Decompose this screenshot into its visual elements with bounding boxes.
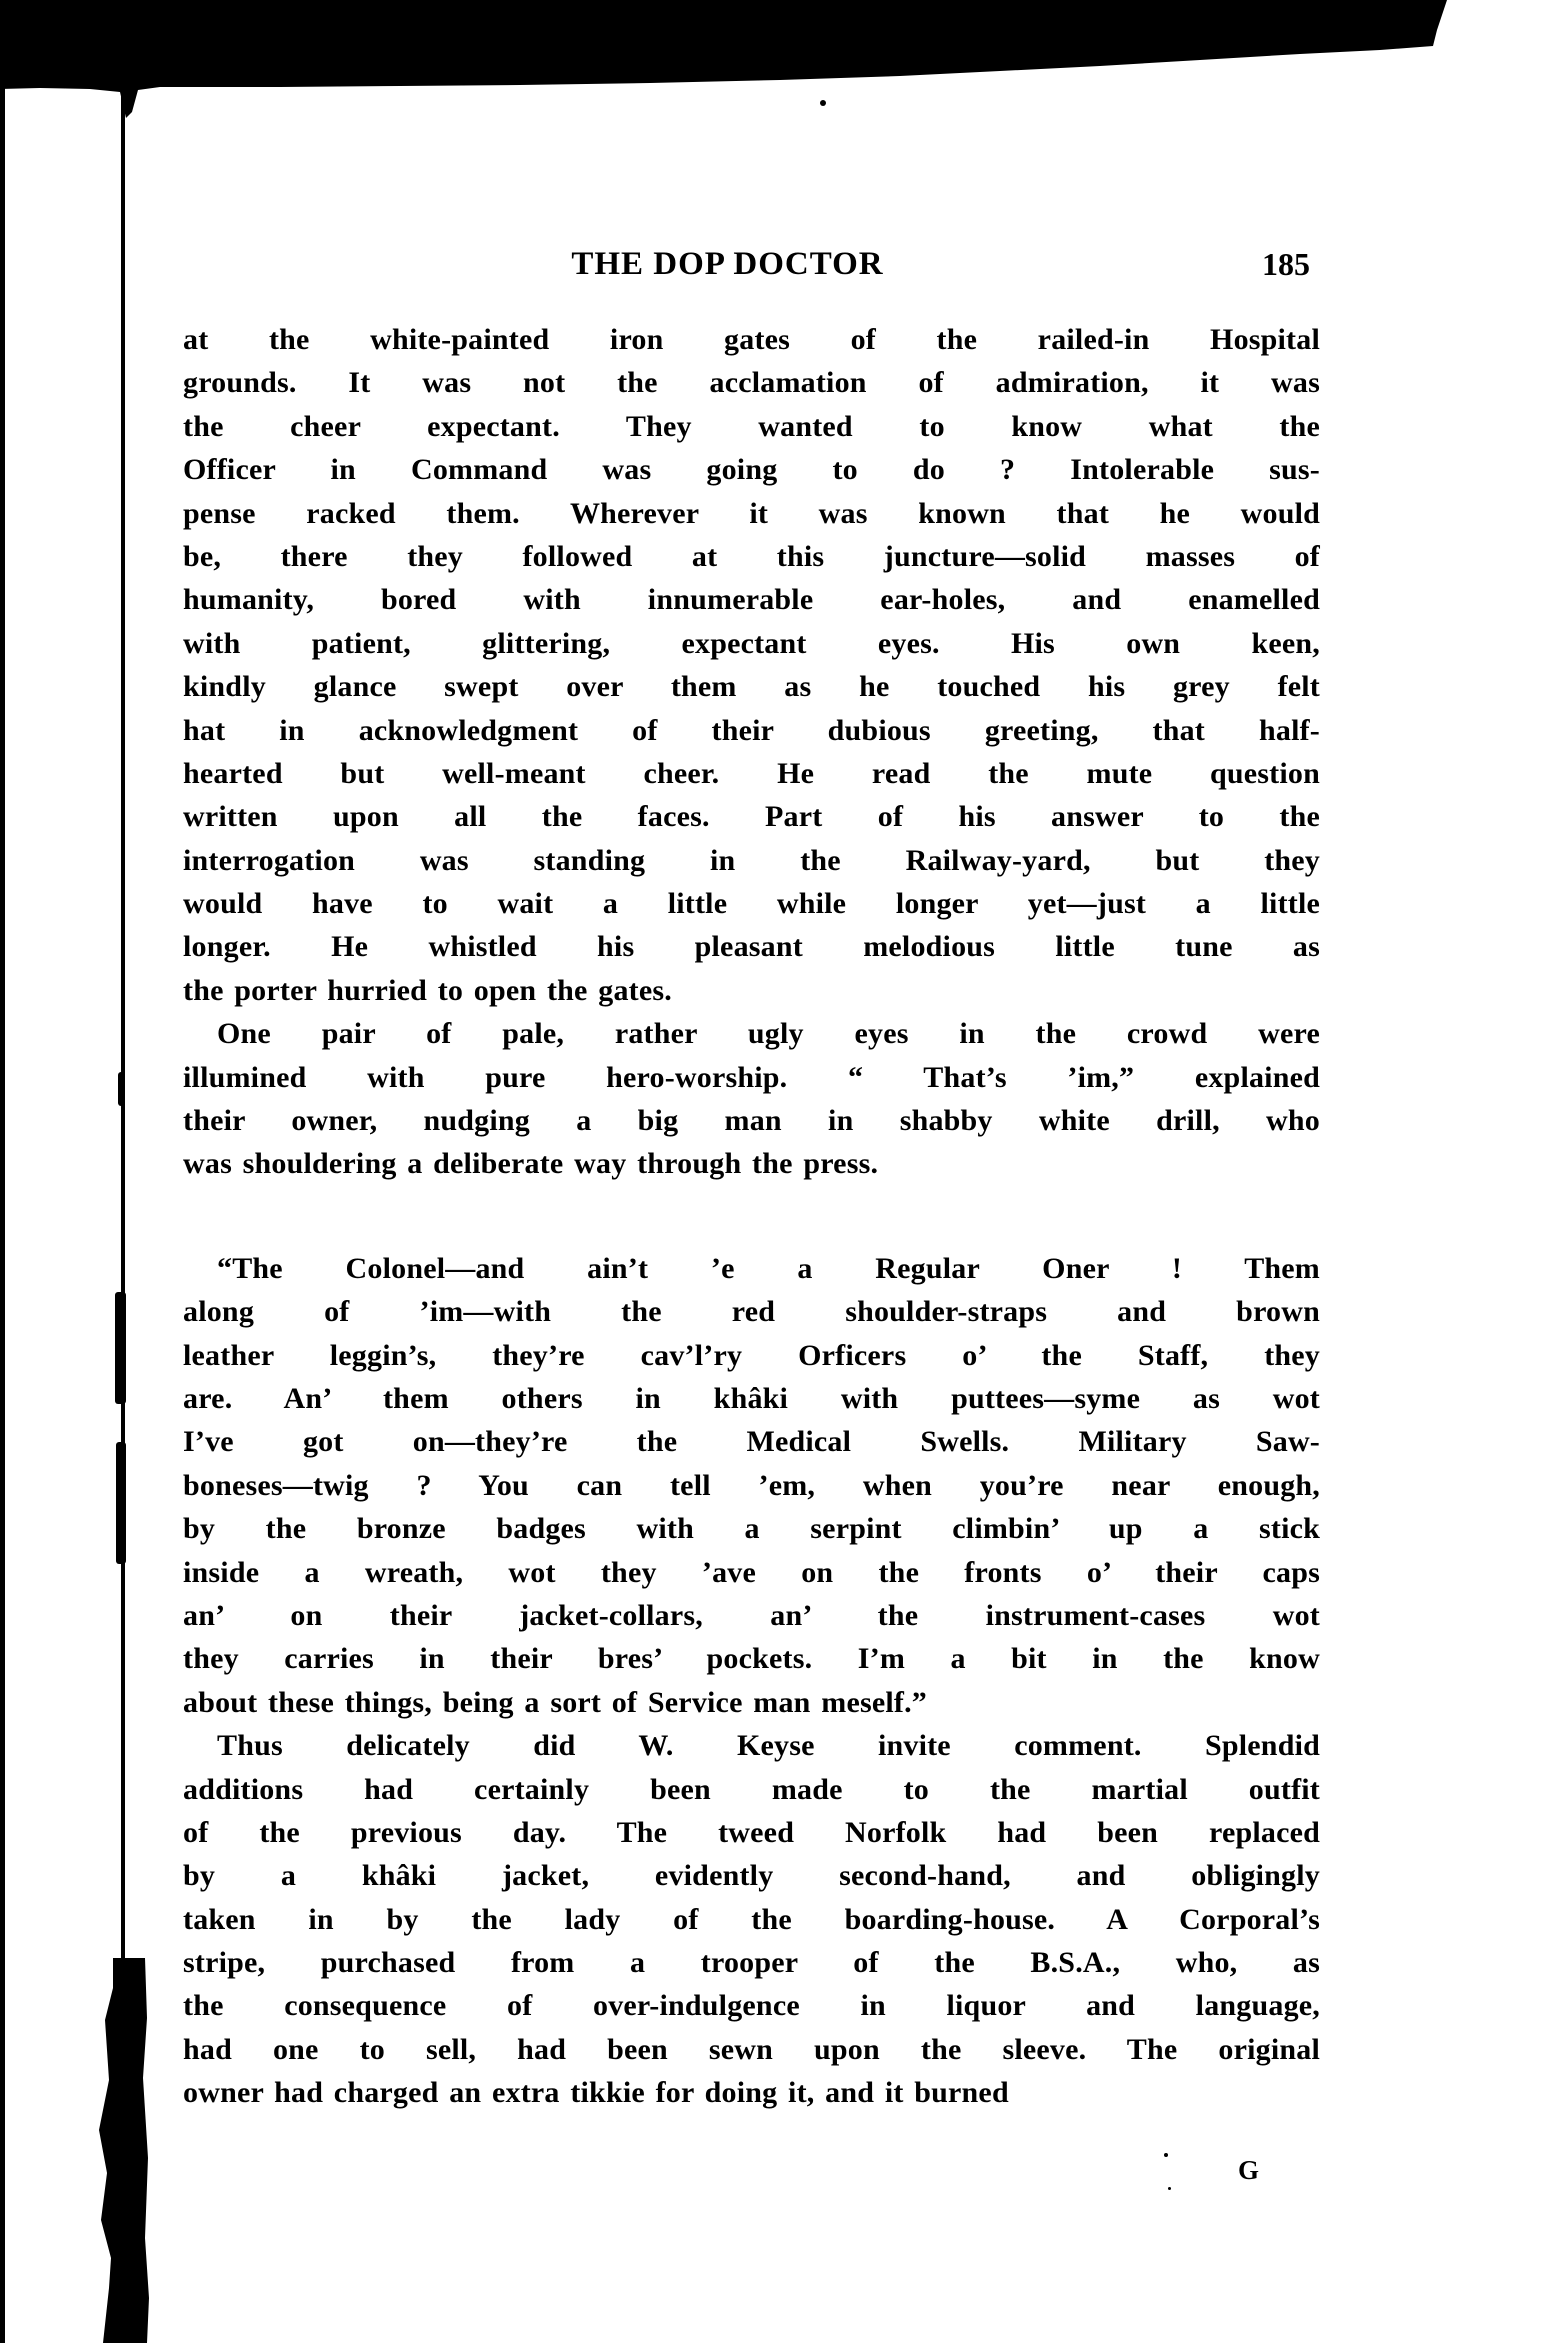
scan-speck: [820, 100, 826, 106]
scanned-book-page: { "header": { "title": "THE DOP DOCTOR",…: [0, 0, 1557, 2343]
text-line: longer. He whistled his pleasant melodio…: [183, 925, 1320, 968]
text-line: by the bronze badges with a serpint clim…: [183, 1507, 1320, 1550]
text-line: I’ve got on—they’re the Medical Swells. …: [183, 1420, 1320, 1463]
page-header: THE DOP DOCTOR 185: [183, 246, 1320, 290]
text-line: humanity, bored with innumerable ear-hol…: [183, 578, 1320, 621]
text-line: along of ’im—with the red shoulder-strap…: [183, 1290, 1320, 1333]
text-line: “The Colonel—and ain’t ’e a Regular Oner…: [183, 1247, 1320, 1290]
scan-fold-mark: [115, 1292, 126, 1404]
text-line: hat in acknowledgment of their dubious g…: [183, 709, 1320, 752]
text-line: boneses—twig ? You can tell ’em, when yo…: [183, 1464, 1320, 1507]
text-line: the porter hurried to open the gates.: [183, 969, 1320, 1012]
page-number: 185: [1262, 246, 1310, 283]
text-line: written upon all the faces. Part of his …: [183, 795, 1320, 838]
text-line: additions had certainly been made to the…: [183, 1768, 1320, 1811]
text-line: by a khâki jacket, evidently second-hand…: [183, 1854, 1320, 1897]
running-title: THE DOP DOCTOR: [159, 246, 1296, 283]
text-line: was shouldering a deliberate way through…: [183, 1142, 1320, 1185]
text-line: Officer in Command was going to do ? Int…: [183, 448, 1320, 491]
text-line: owner had charged an extra tikkie for do…: [183, 2071, 1320, 2114]
text-line: be, there they followed at this juncture…: [183, 535, 1320, 578]
text-line: their owner, nudging a big man in shabby…: [183, 1099, 1320, 1142]
text-line: illumined with pure hero-worship. “ That…: [183, 1056, 1320, 1099]
text-line: pense racked them. Wherever it was known…: [183, 492, 1320, 535]
text-line: had one to sell, had been sewn upon the …: [183, 2028, 1320, 2071]
scan-left-edge: [0, 84, 5, 2343]
text-line: taken in by the lady of the boarding-hou…: [183, 1898, 1320, 1941]
text-line: with patient, glittering, expectant eyes…: [183, 622, 1320, 665]
body-text: at the white-painted iron gates of the r…: [183, 318, 1320, 2115]
scan-top-band: [0, 0, 1447, 125]
scan-gutter-ink-blob: [95, 1958, 150, 2343]
text-line: interrogation was standing in the Railwa…: [183, 839, 1320, 882]
text-line: are. An’ them others in khâki with putte…: [183, 1377, 1320, 1420]
text-line: of the previous day. The tweed Norfolk h…: [183, 1811, 1320, 1854]
text-line: the consequence of over-indulgence in li…: [183, 1984, 1320, 2027]
text-line: would have to wait a little while longer…: [183, 882, 1320, 925]
scan-speck: [1168, 2187, 1171, 2190]
text-line: Thus delicately did W. Keyse invite comm…: [183, 1724, 1320, 1767]
scan-speck: [1164, 2153, 1168, 2157]
text-line: One pair of pale, rather ugly eyes in th…: [183, 1012, 1320, 1055]
text-line: inside a wreath, wot they ’ave on the fr…: [183, 1551, 1320, 1594]
text-line: they carries in their bres’ pockets. I’m…: [183, 1637, 1320, 1680]
paragraph: Thus delicately did W. Keyse invite comm…: [183, 1724, 1320, 2115]
text-line: hearted but well-meant cheer. He read th…: [183, 752, 1320, 795]
paragraph: “The Colonel—and ain’t ’e a Regular Oner…: [183, 1247, 1320, 1724]
text-line: the cheer expectant. They wanted to know…: [183, 405, 1320, 448]
scan-fold-mark: [116, 1442, 126, 1564]
text-line: about these things, being a sort of Serv…: [183, 1681, 1320, 1724]
text-line: at the white-painted iron gates of the r…: [183, 318, 1320, 361]
paragraph: at the white-painted iron gates of the r…: [183, 318, 1320, 1012]
paragraph: One pair of pale, rather ugly eyes in th…: [183, 1012, 1320, 1186]
text-line: leather leggin’s, they’re cav’l’ry Orfic…: [183, 1334, 1320, 1377]
text-line: stripe, purchased from a trooper of the …: [183, 1941, 1320, 1984]
printer-signature-mark: G: [1238, 2155, 1259, 2186]
text-line: grounds. It was not the acclamation of a…: [183, 361, 1320, 404]
scan-gutter-fold-line: [121, 86, 125, 1986]
text-line: an’ on their jacket-collars, an’ the ins…: [183, 1594, 1320, 1637]
scan-fold-mark: [118, 1072, 125, 1106]
text-line: kindly glance swept over them as he touc…: [183, 665, 1320, 708]
